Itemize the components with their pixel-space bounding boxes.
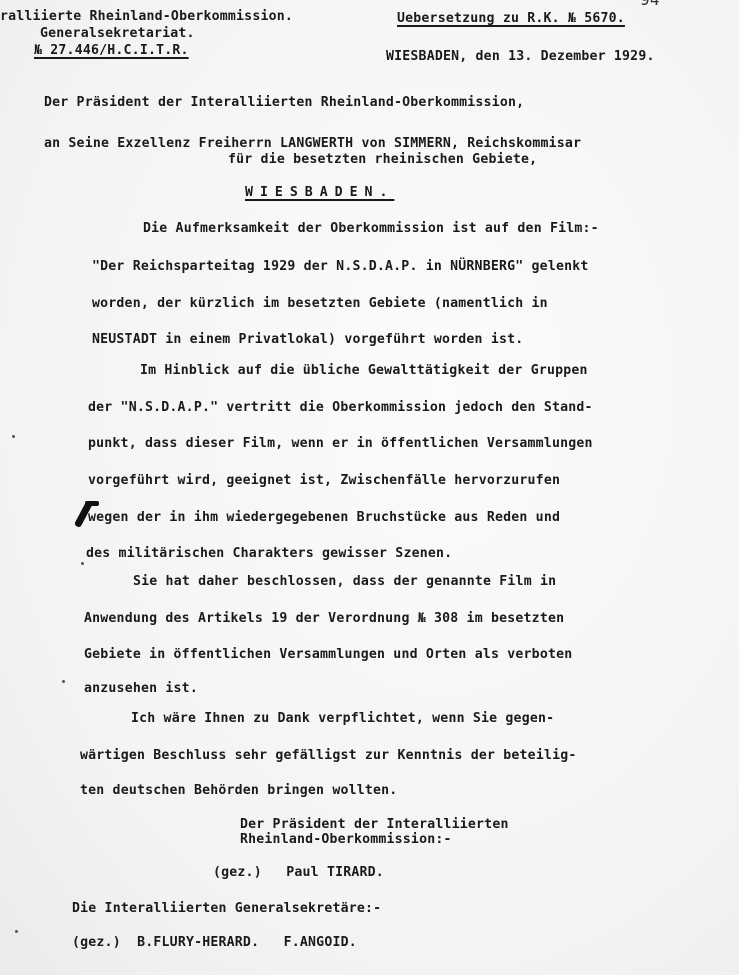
paper-speck (12, 435, 15, 438)
paper-speck (15, 930, 18, 933)
translation-reference: Uebersetzung zu R.K. № 5670. (397, 12, 625, 25)
paper-speck (81, 562, 84, 565)
pen-mark-top (85, 501, 99, 506)
secretaries-label: Die Interalliierten Generalsekretäre:- (72, 902, 381, 915)
body-line: worden, der kürzlich im besetzten Gebiet… (92, 297, 548, 310)
body-line: Anwendung des Artikels 19 der Verordnung… (84, 612, 564, 625)
recipient-line-2: für die besetzten rheinischen Gebiete, (228, 153, 537, 166)
body-line: vorgeführt wird, geeignet ist, Zwischenf… (88, 474, 560, 487)
signature-secretaries: (gez.) B.FLURY-HERARD. F.ANGOID. (72, 936, 357, 949)
signatory-title-line-2: Rheinland-Oberkommission:- (240, 833, 452, 846)
body-line: wegen der in ihm wiedergegebenen Bruchst… (88, 511, 560, 524)
body-line: punkt, dass dieser Film, wenn er in öffe… (88, 437, 593, 450)
header-commission-name: ralliierte Rheinland-Oberkommission. (0, 10, 293, 23)
body-line: Ich wäre Ihnen zu Dank verpflichtet, wen… (131, 712, 554, 725)
header-secretariat: Generalsekretariat. (40, 27, 195, 40)
body-line: Die Aufmerksamkeit der Oberkommission is… (143, 222, 599, 235)
page-number-mark: 94 (640, 0, 660, 8)
signatory-title-line-1: Der Präsident der Interalliierten (240, 818, 509, 831)
sender-line: Der Präsident der Interalliierten Rheinl… (44, 96, 524, 109)
signature-president: (gez.) Paul TIRARD. (213, 866, 384, 879)
body-line: der "N.S.D.A.P." vertritt die Oberkommis… (88, 401, 593, 414)
place-and-date: WIESBADEN, den 13. Dezember 1929. (386, 50, 655, 63)
recipient-city: WIESBADEN. (245, 186, 394, 199)
body-line: Im Hinblick auf die übliche Gewalttätigk… (140, 364, 588, 377)
header-file-number: № 27.446/H.C.I.T.R. (34, 44, 189, 57)
body-line: wärtigen Beschluss sehr gefälligst zur K… (80, 749, 577, 762)
body-line: anzusehen ist. (84, 682, 198, 695)
recipient-line-1: an Seine Exzellenz Freiherrn LANGWERTH v… (44, 137, 581, 150)
body-line: des militärischen Charakters gewisser Sz… (86, 547, 452, 560)
body-line: ten deutschen Behörden bringen wollten. (80, 784, 397, 797)
body-line: "Der Reichsparteitag 1929 der N.S.D.A.P.… (92, 260, 589, 273)
body-line: NEUSTADT in einem Privatlokal) vorgeführ… (92, 333, 523, 346)
body-line: Gebiete in öffentlichen Versammlungen un… (84, 648, 572, 661)
paper-speck (62, 680, 65, 683)
document-page: 94 ralliierte Rheinland-Oberkommission. … (0, 0, 739, 975)
body-line: Sie hat daher beschlossen, dass der gena… (133, 575, 556, 588)
